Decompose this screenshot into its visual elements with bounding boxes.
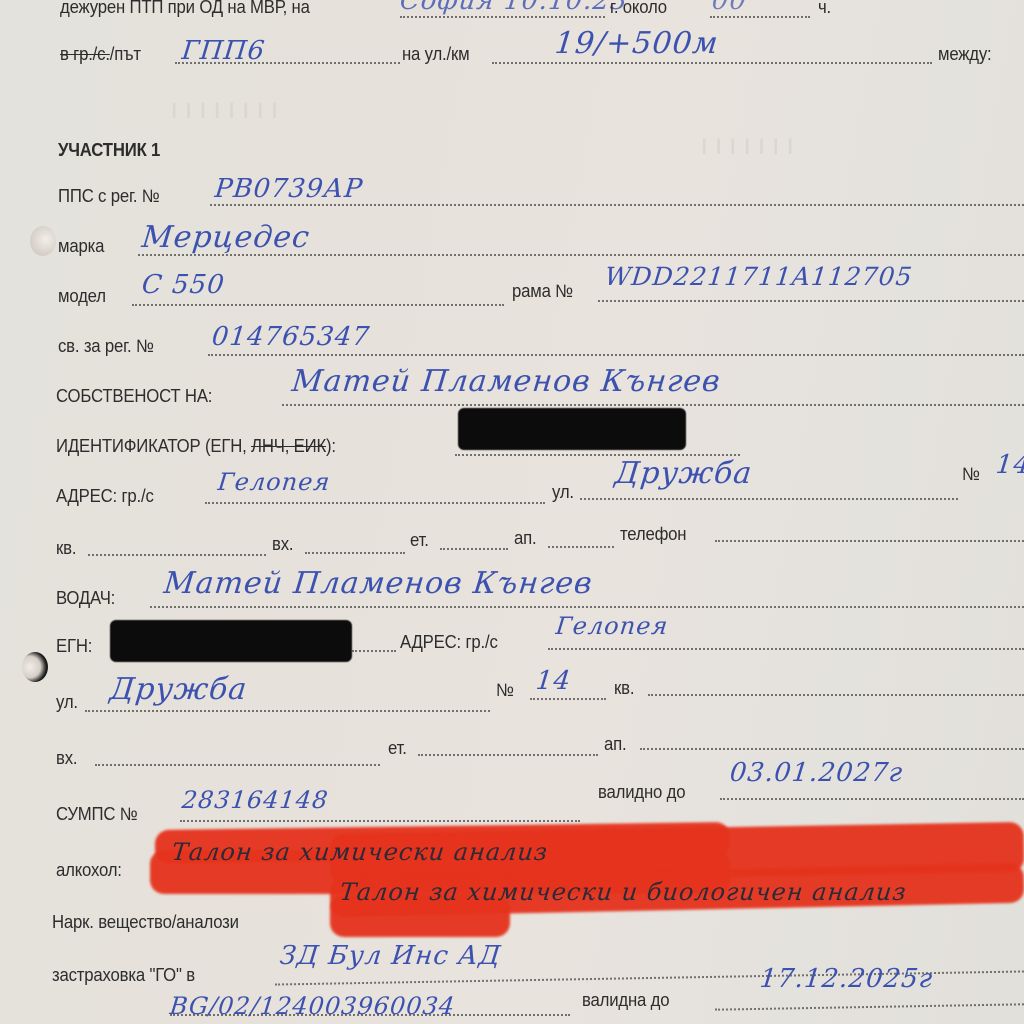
drugs-value: Талон за химически и биологичен анализ [339, 878, 909, 906]
dotted-line [715, 1001, 1024, 1010]
dotted-line [205, 500, 545, 504]
redacted-egn [110, 620, 352, 662]
dotted-line [85, 708, 490, 712]
cert-value: 014765347 [210, 322, 371, 352]
driver-apt-label: ап. [604, 734, 626, 755]
paper-crease: ıııııııı [170, 92, 285, 126]
time-value: 00 [710, 0, 748, 16]
dotted-line [282, 402, 1024, 406]
identifier-label: ИДЕНТИФИКАТОР (ЕГН, ЛНЧ, ЕИК): [56, 436, 336, 457]
place-value: ГПП6 [180, 36, 266, 66]
insurance-valid-value: 17.12.2025г [758, 964, 934, 994]
owner-apartment-row: кв. вх. ет. ап. телефон [0, 528, 1024, 568]
dotted-line [640, 746, 1024, 750]
driver-quarter-label: кв. [614, 678, 634, 699]
insurance-valid-label: валидна до [582, 990, 669, 1011]
insurance-label: застраховка "ГО" в [52, 965, 195, 986]
hour-label: ч. [818, 0, 831, 18]
quarter-label: кв. [56, 538, 76, 559]
driver-entrance-label: вх. [56, 748, 77, 769]
license-valid-label: валидно до [598, 782, 685, 803]
km-value: 19/+500м [553, 26, 720, 61]
dotted-line [352, 648, 396, 652]
owner-number-value: 14 [994, 450, 1024, 480]
drugs-row: Нарк. вещество/аналози Талон за химическ… [0, 902, 1024, 942]
alcohol-label: алкохол: [56, 860, 122, 881]
dotted-line [715, 538, 1024, 542]
driver-city-value: Гелопея [555, 612, 670, 640]
dotted-line [88, 552, 266, 556]
dotted-line [180, 818, 580, 822]
address-label: АДРЕС: гр./с [56, 486, 154, 507]
place-label: в гр./с./път [60, 44, 141, 65]
dotted-line [150, 604, 1024, 608]
floor-label: ет. [410, 530, 429, 551]
dotted-line [598, 298, 1024, 302]
drugs-label: Нарк. вещество/аналози [52, 912, 239, 933]
driver-number-value: 14 [534, 666, 572, 696]
policy-row: BG/02/124003960034 валидна до 17.12.2025… [0, 990, 1024, 1024]
between-label: между: [938, 44, 992, 65]
year-label: г. около [610, 0, 667, 18]
number-label: № [962, 464, 980, 485]
redacted-identifier [458, 408, 686, 450]
driver-floor-label: ет. [388, 738, 407, 759]
entrance-label: вх. [272, 534, 293, 555]
street-label: ул. [552, 482, 574, 503]
driver-egn-row: ЕГН: АДРЕС: гр./с Гелопея [0, 628, 1024, 668]
dotted-line [720, 796, 1024, 800]
identifier-row: ИДЕНТИФИКАТОР (ЕГН, ЛНЧ, ЕИК): [0, 430, 1024, 470]
driver-label: ВОДАЧ: [56, 588, 115, 609]
header-line-2: в гр./с./път ГПП6 на ул./км 19/+500м меж… [0, 40, 1024, 80]
phone-label: телефон [620, 524, 686, 545]
driver-number-label: № [496, 680, 514, 701]
dotted-line [95, 762, 380, 766]
dotted-line [170, 1012, 570, 1016]
cert-label: св. за рег. № [58, 336, 154, 357]
model-row: модел С 550 рама № WDD2211711A112705 [0, 278, 1024, 318]
dotted-line [580, 496, 958, 500]
dotted-line [548, 544, 614, 548]
participant-title: УЧАСТНИК 1 [58, 140, 160, 161]
model-value: С 550 [140, 270, 226, 300]
dotted-line [418, 752, 598, 756]
make-label: марка [58, 236, 104, 257]
reg-row: ППС с рег. № РВ0739АР [0, 178, 1024, 218]
dotted-line [132, 302, 504, 306]
egn-label: ЕГН: [56, 636, 92, 657]
dotted-line [648, 692, 1024, 696]
owner-street-value: Дружба [613, 456, 754, 491]
street-km-label: на ул./км [402, 44, 469, 65]
owner-label: СОБСТВЕНОСТ НА: [56, 386, 212, 407]
header-line-1: дежурен ПТП при ОД на МВР, на София 10.1… [0, 0, 1024, 40]
dotted-line [530, 696, 606, 700]
cert-row: св. за рег. № 014765347 [0, 328, 1024, 368]
license-label: СУМПС № [56, 804, 138, 825]
vin-label: рама № [512, 281, 573, 302]
vin-value: WDD2211711A112705 [603, 262, 914, 291]
owner-city-value: Гелопея [217, 468, 332, 496]
paper-crease: ııııııı [700, 128, 800, 162]
driver-address-label: АДРЕС: гр./с [400, 632, 498, 653]
license-valid-value: 03.01.2027г [728, 758, 904, 788]
reg-value: РВ0739АР [213, 174, 364, 204]
owner-address-row: АДРЕС: гр./с Гелопея ул. Дружба № 14 [0, 478, 1024, 518]
driver-street-label: ул. [56, 692, 78, 713]
place-date-value: София 10.10.23 [398, 0, 629, 16]
make-value: Мерцедес [140, 220, 312, 255]
dotted-line [548, 646, 1024, 650]
driver-street-row: ул. Дружба № 14 кв. [0, 680, 1024, 720]
driver-row: ВОДАЧ: Матей Пламенов Кънгев [0, 580, 1024, 620]
driver-street-value: Дружба [108, 672, 249, 707]
dotted-line [305, 550, 405, 554]
alcohol-value: Талон за химически анализ [171, 838, 550, 866]
dotted-line [208, 352, 1024, 356]
reg-label: ППС с рег. № [58, 186, 160, 207]
driver-value: Матей Пламенов Кънгев [162, 566, 594, 601]
owner-value: Матей Пламенов Кънгев [290, 364, 722, 399]
model-label: модел [58, 286, 106, 307]
dotted-line [440, 546, 508, 550]
license-value: 283164148 [181, 786, 330, 814]
duty-label: дежурен ПТП при ОД на МВР, на [60, 0, 310, 18]
insurance-value: ЗД Бул Инс АД [278, 941, 502, 971]
apt-label: ап. [514, 528, 536, 549]
